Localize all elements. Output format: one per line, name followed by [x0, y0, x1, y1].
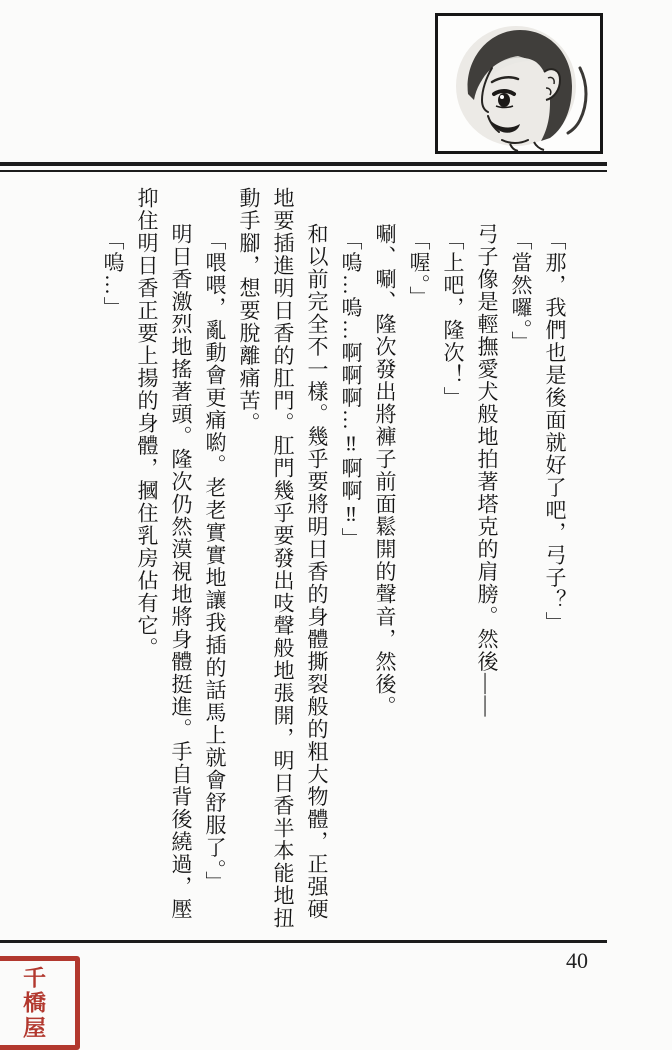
- paragraph-dialogue: 「那，我們也是後面就好了吧，弓子？」: [538, 187, 572, 933]
- paragraph-dialogue: 「嗚…嗚…啊啊啊…‼啊啊‼」: [334, 187, 368, 933]
- paragraph-narrative: 和以前完全不一樣。幾乎要將明日香的身體撕裂般的粗大物體，正强硬地要插進明日香的肛…: [232, 187, 334, 933]
- header-rule-thin: [0, 170, 607, 172]
- paragraph-dialogue: 「上吧，隆次！」: [436, 187, 470, 933]
- paragraph-narrative: 明日香激烈地搖著頭。隆次仍然漠視地將身體挺進。手自背後繞過，壓抑住明日香正要上揚…: [130, 187, 198, 933]
- paragraph-dialogue: 「喔。」: [402, 187, 436, 933]
- paragraph-dialogue: 「喂喂，亂動會更痛喲。老老實實地讓我插的話馬上就會舒服了。」: [198, 187, 232, 933]
- paragraph-dialogue: 「嗚…」: [96, 187, 130, 933]
- body-text: 「那，我們也是後面就好了吧，弓子？」「當然囉。」弓子像是輕撫愛犬般地拍著塔克的肩…: [96, 187, 572, 933]
- paragraph-narrative: 弓子像是輕撫愛犬般地拍著塔克的肩膀。然後——: [470, 187, 504, 933]
- page-number: 40: [566, 948, 588, 974]
- paragraph-narrative: 唰、唰、隆次發出將褲子前面鬆開的聲音，然後。: [368, 187, 402, 933]
- header-rule: [0, 162, 607, 172]
- header-rule-thick: [0, 162, 607, 166]
- footer-rule: [0, 940, 607, 943]
- manga-face-drawing: [438, 16, 600, 151]
- paragraph-dialogue: 「當然囉。」: [504, 187, 538, 933]
- publisher-seal-stamp: 千橋屋: [0, 956, 80, 1050]
- seal-text: 千橋屋: [17, 966, 50, 1041]
- portrait-illustration: [435, 13, 603, 154]
